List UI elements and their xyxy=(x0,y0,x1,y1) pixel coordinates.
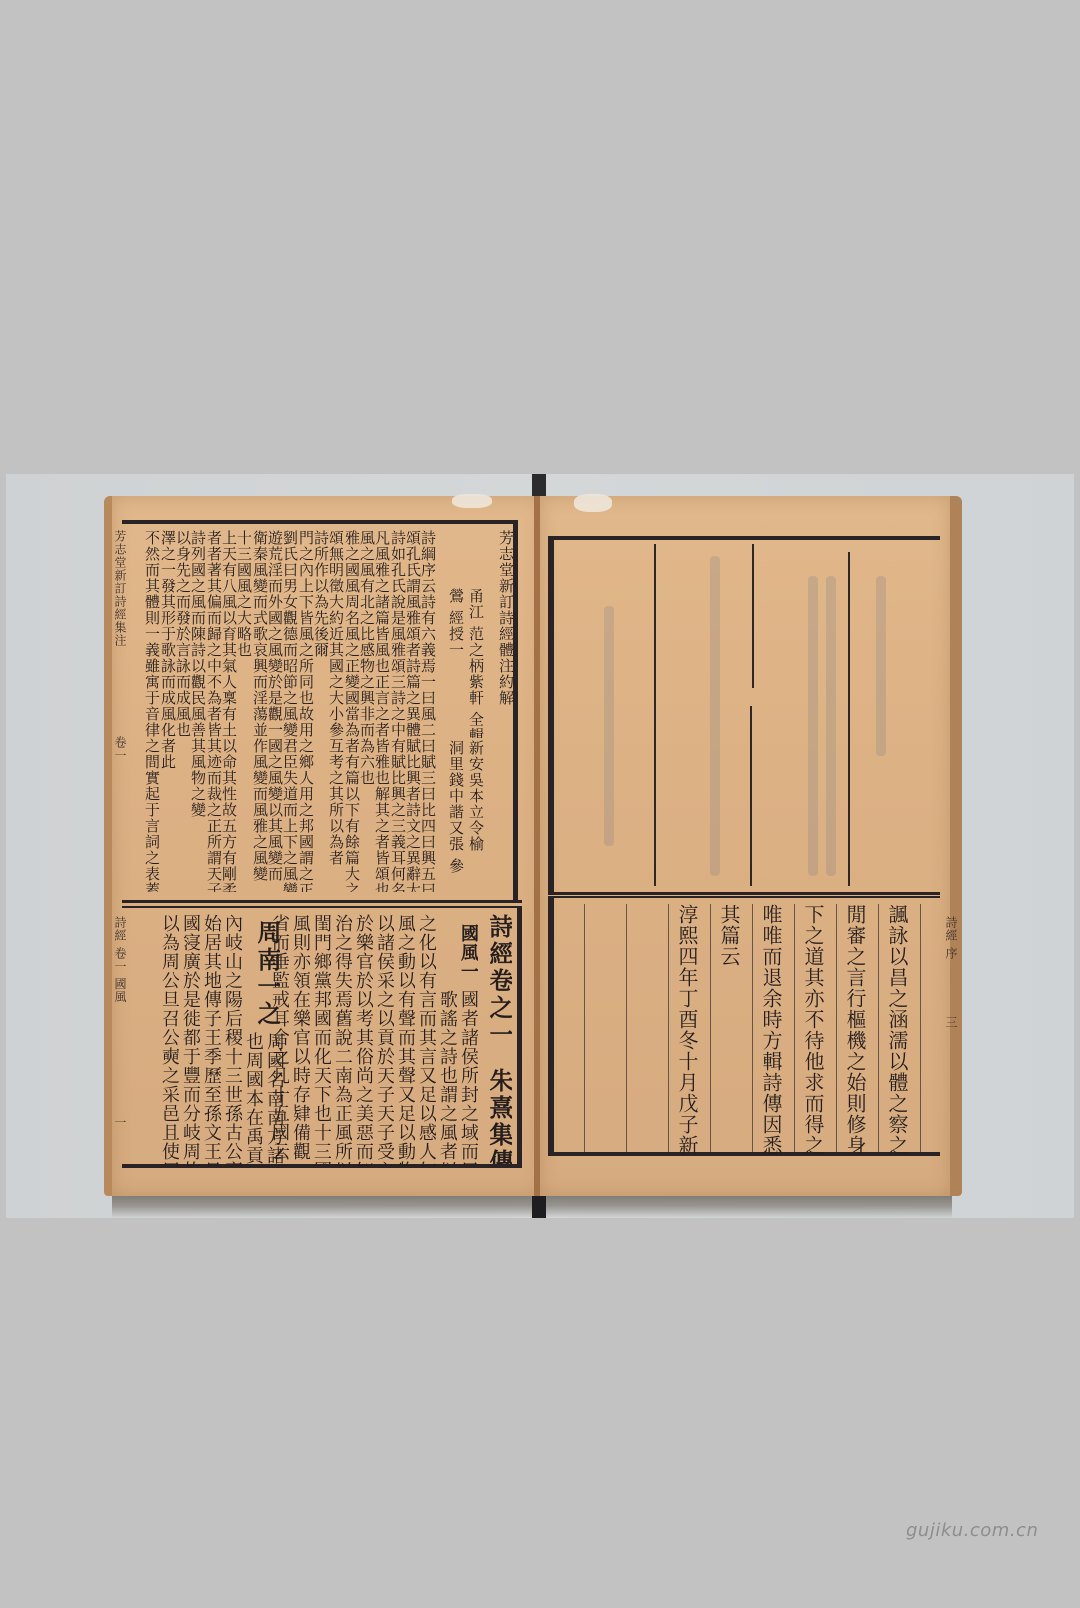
text-column: 凡風雅之諸篇皆風也正言之者皆雅也解其之者皆頌也故曰 xyxy=(374,530,390,892)
editor-line-4: 洞里錢中諧又張 參 xyxy=(446,740,464,880)
column-rule xyxy=(710,904,711,1152)
text-column: 不然而其體則一義雖寓于音律之間實起于言詞之表蓋一如 xyxy=(144,530,160,892)
column-rule xyxy=(920,904,921,1152)
column-rule xyxy=(794,904,795,1152)
right-page: 諷詠以昌之涵濡以體之察之情性隱微之 閒審之言行樞機之始則修身及家平均天 下之道其… xyxy=(540,496,962,1196)
text-column: 治之得失焉舊說二南為正風所以用之 xyxy=(332,914,352,1166)
zhounan-text-block: 周國名南南方諸侯之國 也周國本在禹貢雍州境 內岐山之陽后稷十三世孫古公亶父 始居… xyxy=(154,914,284,1166)
text-column: 詩如孔氏說是風雅頌三詩之中有賦比興之三義耳何名為六義 xyxy=(390,530,406,892)
text-column: 唯唯而退余時方輯詩傳因悉次是語以冠 xyxy=(758,904,782,1154)
text-column: 十三國風之大略也 xyxy=(236,530,252,892)
column-rule xyxy=(654,544,656,886)
text-column: 始居其地傳子王季歷至孫文王昌辟 xyxy=(201,914,221,1166)
text-column: 國者諸侯所封之域而風者民俗 xyxy=(458,990,478,1166)
bleed-through-mark xyxy=(808,576,818,876)
left-page: 芳志堂新訂詩經體注約解 甬江 范之柄紫軒 全輯 鶯 經授一 新安吳本立令榆 洞里… xyxy=(104,496,542,1196)
editor-line-2: 鶯 經授一 xyxy=(446,588,464,738)
bleed-through-mark xyxy=(604,606,614,846)
column-rule xyxy=(626,904,627,1152)
preface-text-block: 詩綱序云詩有六義焉一曰風二曰賦三曰比四曰興五曰雅六曰 頌孔氏謂風雅頌者詩篇之異體… xyxy=(144,530,436,892)
text-column: 詩所作以為先後爾 xyxy=(313,530,329,892)
text-column: 周國名南南方諸侯之國 xyxy=(264,1032,284,1166)
editor-line-1: 甬江 范之柄紫軒 全輯 xyxy=(466,588,484,738)
text-column: 國寖廣於是徙都于豐而分岐周故地 xyxy=(180,914,200,1166)
bleed-through-mark xyxy=(710,556,720,876)
margin-label: 詩經 序 xyxy=(943,916,960,996)
text-column: 下之道其亦不待他求而得之於此矣問者 xyxy=(800,904,824,1154)
book-title: 詩經卷之一 xyxy=(482,914,512,1064)
text-column: 以諸侯采之以貢於天子天子受之而列 xyxy=(374,914,394,1166)
text-column: 上天有八風以育其氣人稟有土以命其性故五方有剛柔之 xyxy=(221,530,237,892)
text-column: 遊荒淫而外國之風變於是觀一國之風變以其風變而 xyxy=(267,530,283,892)
text-column: 劉氏曰男女觀德而昭節之風變君臣失道而上下之風變 xyxy=(282,530,298,892)
text-column: 以身先之而發於言詠而成風也 xyxy=(175,530,191,892)
margin-lower-label: 詩經 卷一 國風 xyxy=(112,916,129,1076)
column-rule xyxy=(750,706,752,886)
text-column: 閒審之言行樞機之始則修身及家平均天 xyxy=(842,904,866,1154)
text-column: 也周國本在禹貢雍州境 xyxy=(243,1032,263,1166)
panel-divider xyxy=(548,892,940,895)
column-rule xyxy=(848,552,850,886)
colophon-date: 淳熙四年丁酉冬十月戊子新安朱熹書 xyxy=(674,904,698,1154)
watermark: gujiku.com.cn xyxy=(906,1520,1038,1541)
panel-divider xyxy=(122,900,522,903)
bleed-through-mark xyxy=(876,576,886,756)
column-rule xyxy=(584,904,585,1152)
text-column: 以為周公旦召公奭之采邑且使周公 xyxy=(159,914,179,1166)
column-rule xyxy=(836,904,837,1152)
page-number: 一 xyxy=(112,1116,129,1146)
column-rule xyxy=(668,904,669,1152)
editor-line-3: 新安吳本立令榆 xyxy=(466,740,484,880)
column-rule xyxy=(878,904,879,1152)
paper-stain xyxy=(452,494,492,508)
text-column: 風則亦領在樂官以時存肄備觀 xyxy=(290,914,310,1166)
author-name: 朱熹集傳 xyxy=(482,1068,512,1164)
margin-juan: 卷一 xyxy=(112,736,129,796)
text-column: 衛秦風變而式歌哀興而淫蕩並作風變而風雅之風變 xyxy=(252,530,268,892)
text-column: 風之動以有聲而其聲又足以動物也是 xyxy=(395,914,415,1166)
page-number: 三 xyxy=(943,1016,960,1046)
text-column: 內岐山之陽后稷十三世孫古公亶父 xyxy=(222,914,242,1166)
text-column: 閨門鄉黨邦國而化天下也十三國為變 xyxy=(311,914,331,1166)
text-column: 者者著其偏而歸之中不為者皆其迹而裁之正所謂天子 xyxy=(206,530,222,892)
text-column: 門之內上下皆風之所同也故用之鄉人用之邦國謂之正風 xyxy=(298,530,314,892)
text-column: 歌謠之詩也謂之風者以其被上 xyxy=(437,990,457,1166)
text-column: 之化以有言而其言又足以感人如物因 xyxy=(416,914,436,1166)
text-column: 於樂官於以考其俗尚之美惡而知其政 xyxy=(353,914,373,1166)
column-rule xyxy=(752,904,753,1152)
text-column: 雅之國風周名風之正變國當為者有篇以下有餘篇大之 xyxy=(344,530,360,892)
text-column: 澤之一發其形于歌詠而成風化者此 xyxy=(160,530,176,892)
text-column: 風之風有北之比感物之興非而為六也 xyxy=(359,530,375,892)
panel-heading: 芳志堂新訂詩經體注約解 xyxy=(494,530,514,890)
text-column: 頌孔氏謂風雅頌者詩篇之異體賦比興者詩文之異辭大序之六義 xyxy=(405,530,421,892)
column-rule xyxy=(752,544,754,688)
text-column: 詩綱序云詩有六義焉一曰風二曰賦三曰比四曰興五曰雅六曰 xyxy=(420,530,436,892)
text-column: 詩列國之風而陳詩以觀民風善其風物之變 xyxy=(190,530,206,892)
paper-stain xyxy=(574,494,612,512)
lower-panel-frame xyxy=(548,896,940,1156)
text-column: 其篇云 xyxy=(716,904,740,1154)
book-spine-top xyxy=(532,474,546,498)
text-column: 諷詠以昌之涵濡以體之察之情性隱微之 xyxy=(884,904,908,1154)
text-column: 頌無明徵大約近其國之大小參互考之其所以為者 xyxy=(328,530,344,892)
margin-title: 芳志堂新訂詩經集注 xyxy=(112,530,129,730)
bleed-through-mark xyxy=(826,576,836,876)
